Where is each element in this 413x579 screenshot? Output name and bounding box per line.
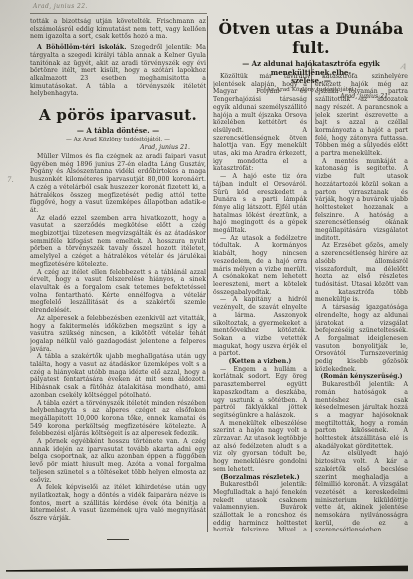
column-divider-right bbox=[311, 64, 312, 532]
article-fragment: tották a bizottság utján követelték. Fri… bbox=[30, 18, 206, 41]
left-article-dateline: Arad, junius 21. bbox=[30, 144, 206, 151]
column-divider-left bbox=[207, 16, 208, 532]
article-paragraph: A tábla ezért a törvényszék itéletét min… bbox=[30, 400, 206, 439]
notice-text: Szegedről jelentik: Ma tárgyalta a szege… bbox=[30, 44, 206, 97]
notice-paragraph: A Böhöllöm-téri iskolák. Szegedről jelen… bbox=[30, 44, 206, 98]
section-subhead: (Román kényszerüség.) bbox=[315, 373, 408, 381]
main-article-headline: Ötven utas a Dunába fult. bbox=[212, 19, 410, 57]
article-paragraph: A pörnek egyébként hosszu története van.… bbox=[30, 438, 206, 484]
article-paragraph: A mentés munkáját a katonaság is segitet… bbox=[315, 158, 408, 243]
article-paragraph: — Engem a hullám a korlátnak sodort. Egy… bbox=[213, 366, 307, 420]
running-head: Arad, junius 22. bbox=[33, 3, 88, 10]
article-paragraph: — A kapitány a hidról vezényelt, de szav… bbox=[213, 296, 307, 358]
article-paragraph: A felek képviselői az itélet kihirdetése… bbox=[30, 484, 206, 523]
article-paragraph: Az alperesek a felebbezésben ezenkivül a… bbox=[30, 315, 206, 354]
section-subhead: (Ketten a vizben.) bbox=[213, 358, 307, 366]
article-paragraph: Közöltük már távirati jelentések alapján… bbox=[213, 73, 307, 173]
article-paragraph: — Az utasok a fedélzetre tódultak. A kor… bbox=[213, 235, 307, 297]
running-head-rule bbox=[30, 13, 207, 14]
article-paragraph: A társaság igazgatósága elrendelte, hogy… bbox=[315, 304, 408, 373]
page-bottom-rule bbox=[6, 565, 408, 572]
notice-lead: A Böhöllöm-téri iskolák. bbox=[37, 44, 126, 51]
left-article-headline: A pörös iparvasut. bbox=[30, 106, 206, 124]
main-article-column-right: katasztrófa szinhelyére érkezett hajók m… bbox=[315, 73, 408, 531]
margin-mark-left: 7. bbox=[7, 176, 14, 184]
article-paragraph: A menekültek elbeszélése szerint a hajón… bbox=[213, 420, 307, 474]
article-paragraph: A tábla a szakértők ujabb meghallgatása … bbox=[30, 353, 206, 399]
main-article-column-mid: Közöltük már távirati jelentések alapján… bbox=[213, 73, 307, 531]
article-paragraph: Bukarestből jelentik: A román hatóságok … bbox=[315, 381, 408, 450]
article-paragraph: Az elsülyedt hajó biztositva volt. A kár… bbox=[315, 450, 408, 531]
left-article-byline: — Az Arad Közlöny tudósitójától. — bbox=[30, 137, 206, 143]
section-subhead: (Borzalmas részletek.) bbox=[213, 474, 307, 482]
left-column: tották a bizottság utján követelték. Fri… bbox=[30, 18, 206, 540]
article-paragraph: A czég az itélet ellen felebbezett s a t… bbox=[30, 269, 206, 315]
left-article-subhead: — A tábla döntése. — bbox=[30, 126, 206, 135]
article-paragraph: — A hajó este tiz óra tájban indult el O… bbox=[213, 173, 307, 235]
article-paragraph: Bukarestből jelentik: Megfulladtak a haj… bbox=[213, 481, 307, 531]
article-paragraph: katasztrófa szinhelyére érkezett hajók m… bbox=[315, 73, 408, 158]
left-article-body: Müller Vilmos és fia czégnek az aradi fa… bbox=[30, 153, 206, 535]
article-paragraph: Az eladó ezzel szemben arra hivatkozott,… bbox=[30, 215, 206, 269]
article-paragraph: Az Erzsébet gőzös, amely a szerencsétlen… bbox=[315, 242, 408, 304]
article-paragraph: Müller Vilmos és fia czégnek az aradi fa… bbox=[30, 153, 206, 215]
newspaper-page: Arad, junius 22. 7. A tották a bizottság… bbox=[0, 0, 413, 579]
article-end-rule bbox=[107, 539, 129, 540]
